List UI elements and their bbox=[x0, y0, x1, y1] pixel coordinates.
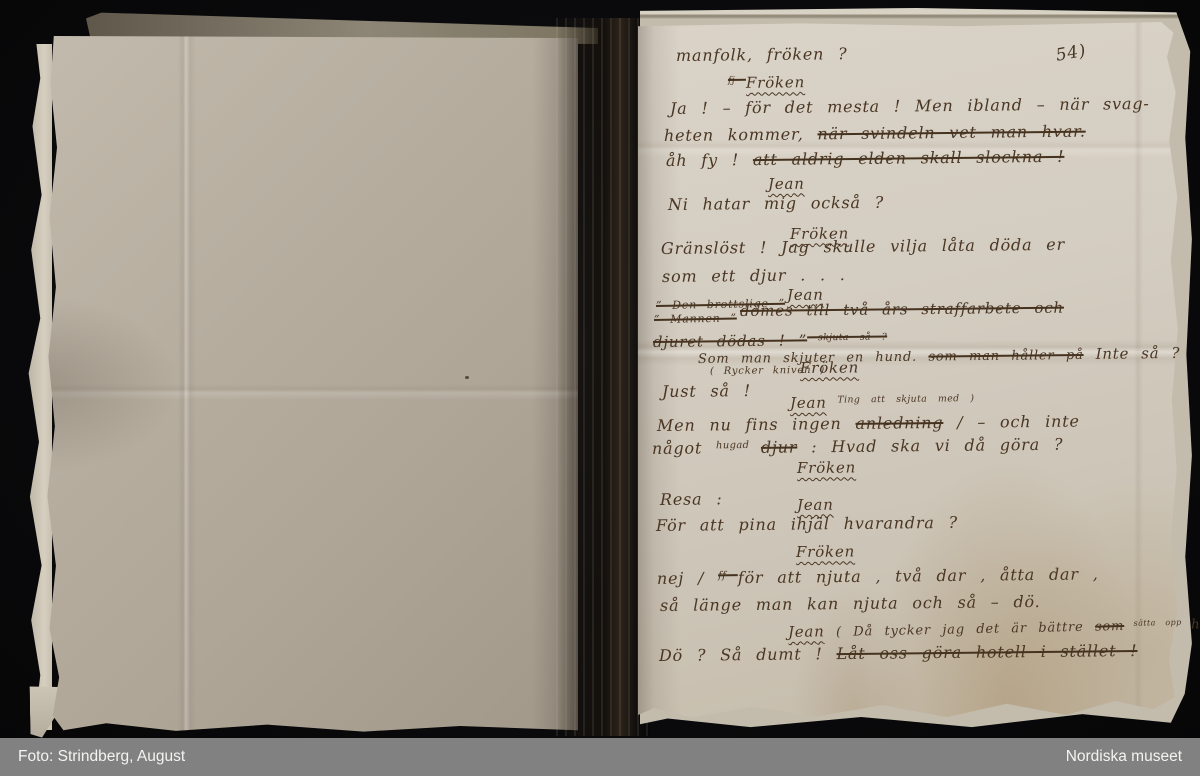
caption-bar: Foto: Strindberg, August Nordiska museet bbox=[0, 738, 1200, 776]
manuscript-line: Jean ( Då tycker jag det är bättre som s… bbox=[788, 613, 1200, 641]
handwriting-segment: anledning bbox=[855, 413, 943, 433]
manuscript-line: något hugad djur : Hvad ska vi då göra ? bbox=[652, 435, 1063, 458]
handwriting-segment: Resa : bbox=[660, 489, 723, 509]
handwriting-segment: sätta opp bbox=[1124, 618, 1191, 628]
character-name-line: Jean bbox=[768, 175, 805, 193]
character-name-line: Jean bbox=[797, 496, 834, 514]
handwriting-segment: Inte så ? bbox=[1083, 344, 1180, 363]
handwriting-segment: Just så ! bbox=[662, 381, 751, 401]
character-name-line: fj Fröken bbox=[728, 73, 805, 92]
character-name: Jean bbox=[797, 496, 834, 514]
museum-credit: Nordiska museet bbox=[1066, 748, 1182, 766]
character-name: Fröken bbox=[746, 73, 805, 92]
manuscript-line: Just så ! bbox=[662, 381, 751, 401]
manuscript-line: manfolk, fröken ? bbox=[676, 44, 848, 65]
handwriting-segment: : Hvad ska vi då göra ? bbox=[797, 435, 1063, 457]
handwriting-segment: djur bbox=[761, 437, 798, 456]
handwriting-segment: Men nu fins ingen bbox=[657, 414, 856, 435]
character-name: Fröken bbox=[796, 542, 855, 561]
handwriting-segment: ” Mannen ” bbox=[654, 312, 737, 326]
manuscript-line: För att pina ihjäl hvarandra ? bbox=[656, 513, 958, 535]
manuscript-line: Ni hatar mig också ? bbox=[668, 193, 884, 214]
handwriting-segment: / – och inte bbox=[943, 412, 1080, 432]
manuscript-line: dömes till två års straffarbete och bbox=[740, 299, 1064, 320]
handwriting-segment: dömes till två års straffarbete och bbox=[740, 299, 1064, 320]
manuscript-line: Som man skjuter en hund. som man håller … bbox=[698, 344, 1180, 367]
photo-credit: Foto: Strindberg, August bbox=[18, 748, 185, 766]
character-name: Fröken bbox=[800, 358, 859, 377]
manuscript-line: ” Mannen ” bbox=[654, 312, 737, 326]
handwriting-segment: manfolk, fröken ? bbox=[676, 44, 848, 65]
handwriting-segment: hotell ! ) bbox=[1191, 616, 1200, 633]
manuscript-text-layer: manfolk, fröken ?54)fj FrökenJa ! – för … bbox=[0, 0, 1200, 776]
character-name-line: Fröken bbox=[797, 458, 856, 477]
handwriting-segment: Ting att skjuta med ) bbox=[827, 393, 975, 406]
manuscript-line: nej / ff för att njuta , två dar , åtta … bbox=[657, 564, 1099, 588]
handwriting-segment: 54) bbox=[1054, 41, 1088, 66]
handwriting-segment: Dö ? Så dumt ! bbox=[659, 644, 837, 665]
handwriting-segment: som bbox=[1095, 619, 1125, 635]
handwriting-segment: För att pina ihjäl hvarandra ? bbox=[656, 513, 958, 535]
handwriting-segment: Låt oss göra hotell i stället ! bbox=[836, 641, 1137, 663]
character-name: Fröken bbox=[797, 458, 856, 477]
character-name-line: Fröken bbox=[796, 542, 855, 561]
handwriting-segment: åh fy ! bbox=[666, 150, 753, 170]
handwriting-segment: att aldrig elden skall slockna ! bbox=[753, 147, 1065, 169]
handwriting-segment: som man håller på bbox=[928, 348, 1083, 365]
character-name: Jean bbox=[768, 175, 805, 193]
manuscript-line: så länge man kan njuta och så – dö. bbox=[660, 592, 1041, 615]
handwriting-segment: Gränslöst ! Jag skulle vilja låta döda e… bbox=[661, 235, 1065, 258]
character-name: Jean bbox=[790, 394, 827, 412]
handwriting-segment: något bbox=[652, 438, 716, 458]
manuscript-line: som ett djur . . . bbox=[662, 265, 846, 286]
manuscript-line: Ja ! – för det mesta ! Men ibland – när … bbox=[670, 94, 1150, 118]
handwriting-segment: Ja ! – för det mesta ! Men ibland – när … bbox=[670, 94, 1150, 118]
handwriting-segment: Ni hatar mig också ? bbox=[668, 193, 884, 214]
manuscript-line: heten kommer, när svindeln vet man hvar. bbox=[664, 122, 1086, 145]
handwriting-segment: nej / bbox=[657, 568, 718, 588]
character-name-line: Jean Ting att skjuta med ) bbox=[790, 392, 975, 412]
handwriting-segment: för att njuta , två dar , åtta dar , bbox=[738, 564, 1099, 587]
character-name-line: Fröken bbox=[800, 358, 859, 377]
handwriting-segment: skjuta så ? bbox=[807, 332, 887, 344]
manuscript-line: åh fy ! att aldrig elden skall slockna ! bbox=[666, 147, 1065, 170]
page-number: 54) bbox=[1054, 41, 1088, 66]
handwriting-segment: som ett djur . . . bbox=[662, 265, 846, 286]
handwriting-segment: hugad bbox=[716, 440, 761, 451]
character-name: Jean bbox=[788, 622, 825, 641]
manuscript-photograph: manfolk, fröken ?54)fj FrökenJa ! – för … bbox=[0, 0, 1200, 776]
manuscript-line: Resa : bbox=[660, 489, 723, 509]
handwriting-segment: ff bbox=[718, 570, 738, 581]
handwriting-segment: när svindeln vet man hvar. bbox=[817, 122, 1085, 144]
handwriting-segment: fj bbox=[728, 75, 746, 86]
handwriting-segment: heten kommer, bbox=[664, 124, 818, 145]
manuscript-line: Dö ? Så dumt ! Låt oss göra hotell i stä… bbox=[659, 641, 1138, 665]
handwriting-segment: så länge man kan njuta och så – dö. bbox=[660, 592, 1041, 615]
handwriting-segment: ( Då tycker jag det är bättre bbox=[824, 620, 1095, 641]
manuscript-line: Gränslöst ! Jag skulle vilja låta döda e… bbox=[661, 235, 1065, 258]
manuscript-line: Men nu fins ingen anledning / – och inte bbox=[657, 412, 1080, 435]
